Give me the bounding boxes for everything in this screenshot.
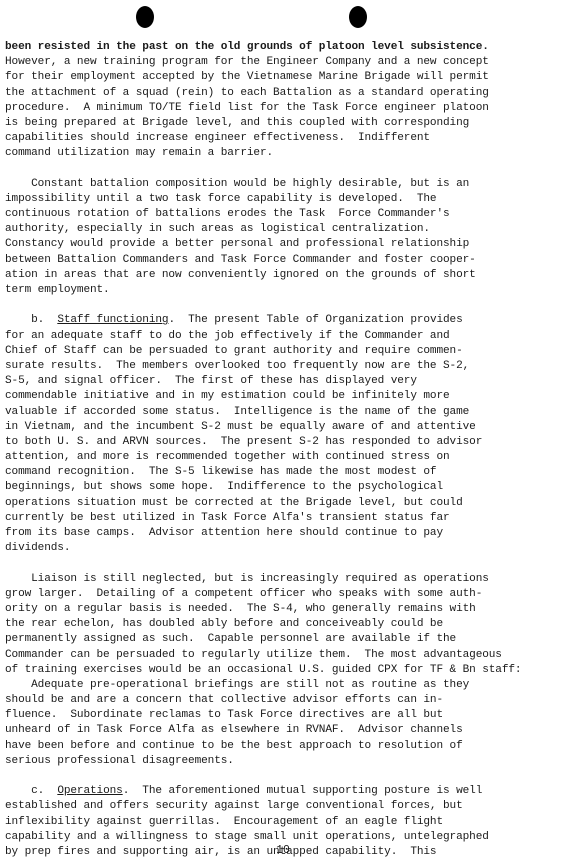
- text-line: for an adequate staff to do the job effe…: [5, 329, 561, 344]
- text-line: fluence. Subordinate reclamas to Task Fo…: [5, 708, 561, 723]
- section-c-heading-line: c. Operations. The aforementioned mutual…: [5, 784, 561, 799]
- text-line: term employment.: [5, 283, 561, 298]
- text-line: authority, especially in such areas as l…: [5, 222, 561, 237]
- text-line: for their employment accepted by the Vie…: [5, 70, 561, 85]
- text-line: S-5, and signal officer. The first of th…: [5, 374, 561, 389]
- document-page: been resisted in the past on the old gro…: [5, 40, 561, 860]
- text-line: Commander can be persuaded to regularly …: [5, 648, 561, 663]
- text-line: command utilization may remain a barrier…: [5, 146, 561, 161]
- punch-hole-right: [349, 6, 367, 28]
- section-b-heading-line: b. Staff functioning. The present Table …: [5, 313, 561, 328]
- text-line: procedure. A minimum TO/TE field list fo…: [5, 101, 561, 116]
- text-line: the attachment of a squad (rein) to each…: [5, 86, 561, 101]
- text-line: been resisted in the past on the old gro…: [5, 40, 561, 55]
- text-line: is being prepared at Brigade level, and …: [5, 116, 561, 131]
- punch-hole-left: [136, 6, 154, 28]
- text-line: of training exercises would be an occasi…: [5, 663, 561, 678]
- paragraph-battalion: Constant battalion composition would be …: [5, 177, 561, 299]
- text-line: Adequate pre-operational briefings are s…: [5, 678, 561, 693]
- text-line: continuous rotation of battalions erodes…: [5, 207, 561, 222]
- paragraph-staff-functioning: b. Staff functioning. The present Table …: [5, 313, 561, 556]
- paragraph-engineer: been resisted in the past on the old gro…: [5, 40, 561, 162]
- text-line: However, a new training program for the …: [5, 55, 561, 70]
- text-line: Constancy would provide a better persona…: [5, 237, 561, 252]
- paragraph-liaison: Liaison is still neglected, but is incre…: [5, 572, 561, 769]
- text-line: in Vietnam, and the incumbent S-2 must b…: [5, 420, 561, 435]
- text-line: from its base camps. Advisor attention h…: [5, 526, 561, 541]
- text-line: commendable initiative and in my estimat…: [5, 389, 561, 404]
- text-line: between Battalion Commanders and Task Fo…: [5, 253, 561, 268]
- text-line: dividends.: [5, 541, 561, 556]
- text-line: grow larger. Detailing of a competent of…: [5, 587, 561, 602]
- text-line: Liaison is still neglected, but is incre…: [5, 572, 561, 587]
- text-line: surate results. The members overlooked t…: [5, 359, 561, 374]
- text-line: command recognition. The S-5 likewise ha…: [5, 465, 561, 480]
- text-line: unheard of in Task Force Alfa as elsewhe…: [5, 723, 561, 738]
- text-line: established and offers security against …: [5, 799, 561, 814]
- text-line: impossibility until a two task force cap…: [5, 192, 561, 207]
- text-line: ation in areas that are now conveniently…: [5, 268, 561, 283]
- text-line: to both U. S. and ARVN sources. The pres…: [5, 435, 561, 450]
- page-number: 10: [0, 844, 566, 857]
- text-line: serious professional disagreements.: [5, 754, 561, 769]
- text-line: capabilities should increase engineer ef…: [5, 131, 561, 146]
- section-b-heading: Staff functioning: [57, 314, 168, 326]
- text-line: the rear echelon, has doubled ably befor…: [5, 617, 561, 632]
- text-line: inflexibility against guerrillas. Encour…: [5, 815, 561, 830]
- text-line: have been before and continue to be the …: [5, 739, 561, 754]
- text-line: should be and are a concern that collect…: [5, 693, 561, 708]
- text-line: ority on a regular basis is needed. The …: [5, 602, 561, 617]
- text-line: operations situation must be corrected a…: [5, 496, 561, 511]
- text-line: permanently assigned as such. Capable pe…: [5, 632, 561, 647]
- text-line: capability and a willingness to stage sm…: [5, 830, 561, 845]
- text-line: beginnings, but shows some hope. Indiffe…: [5, 480, 561, 495]
- section-c-heading: Operations: [57, 785, 122, 797]
- text-line: Chief of Staff can be persuaded to grant…: [5, 344, 561, 359]
- text-line: Constant battalion composition would be …: [5, 177, 561, 192]
- text-line: valuable if accorded some status. Intell…: [5, 405, 561, 420]
- text-line: attention, and more is recommended toget…: [5, 450, 561, 465]
- text-line: currently be best utilized in Task Force…: [5, 511, 561, 526]
